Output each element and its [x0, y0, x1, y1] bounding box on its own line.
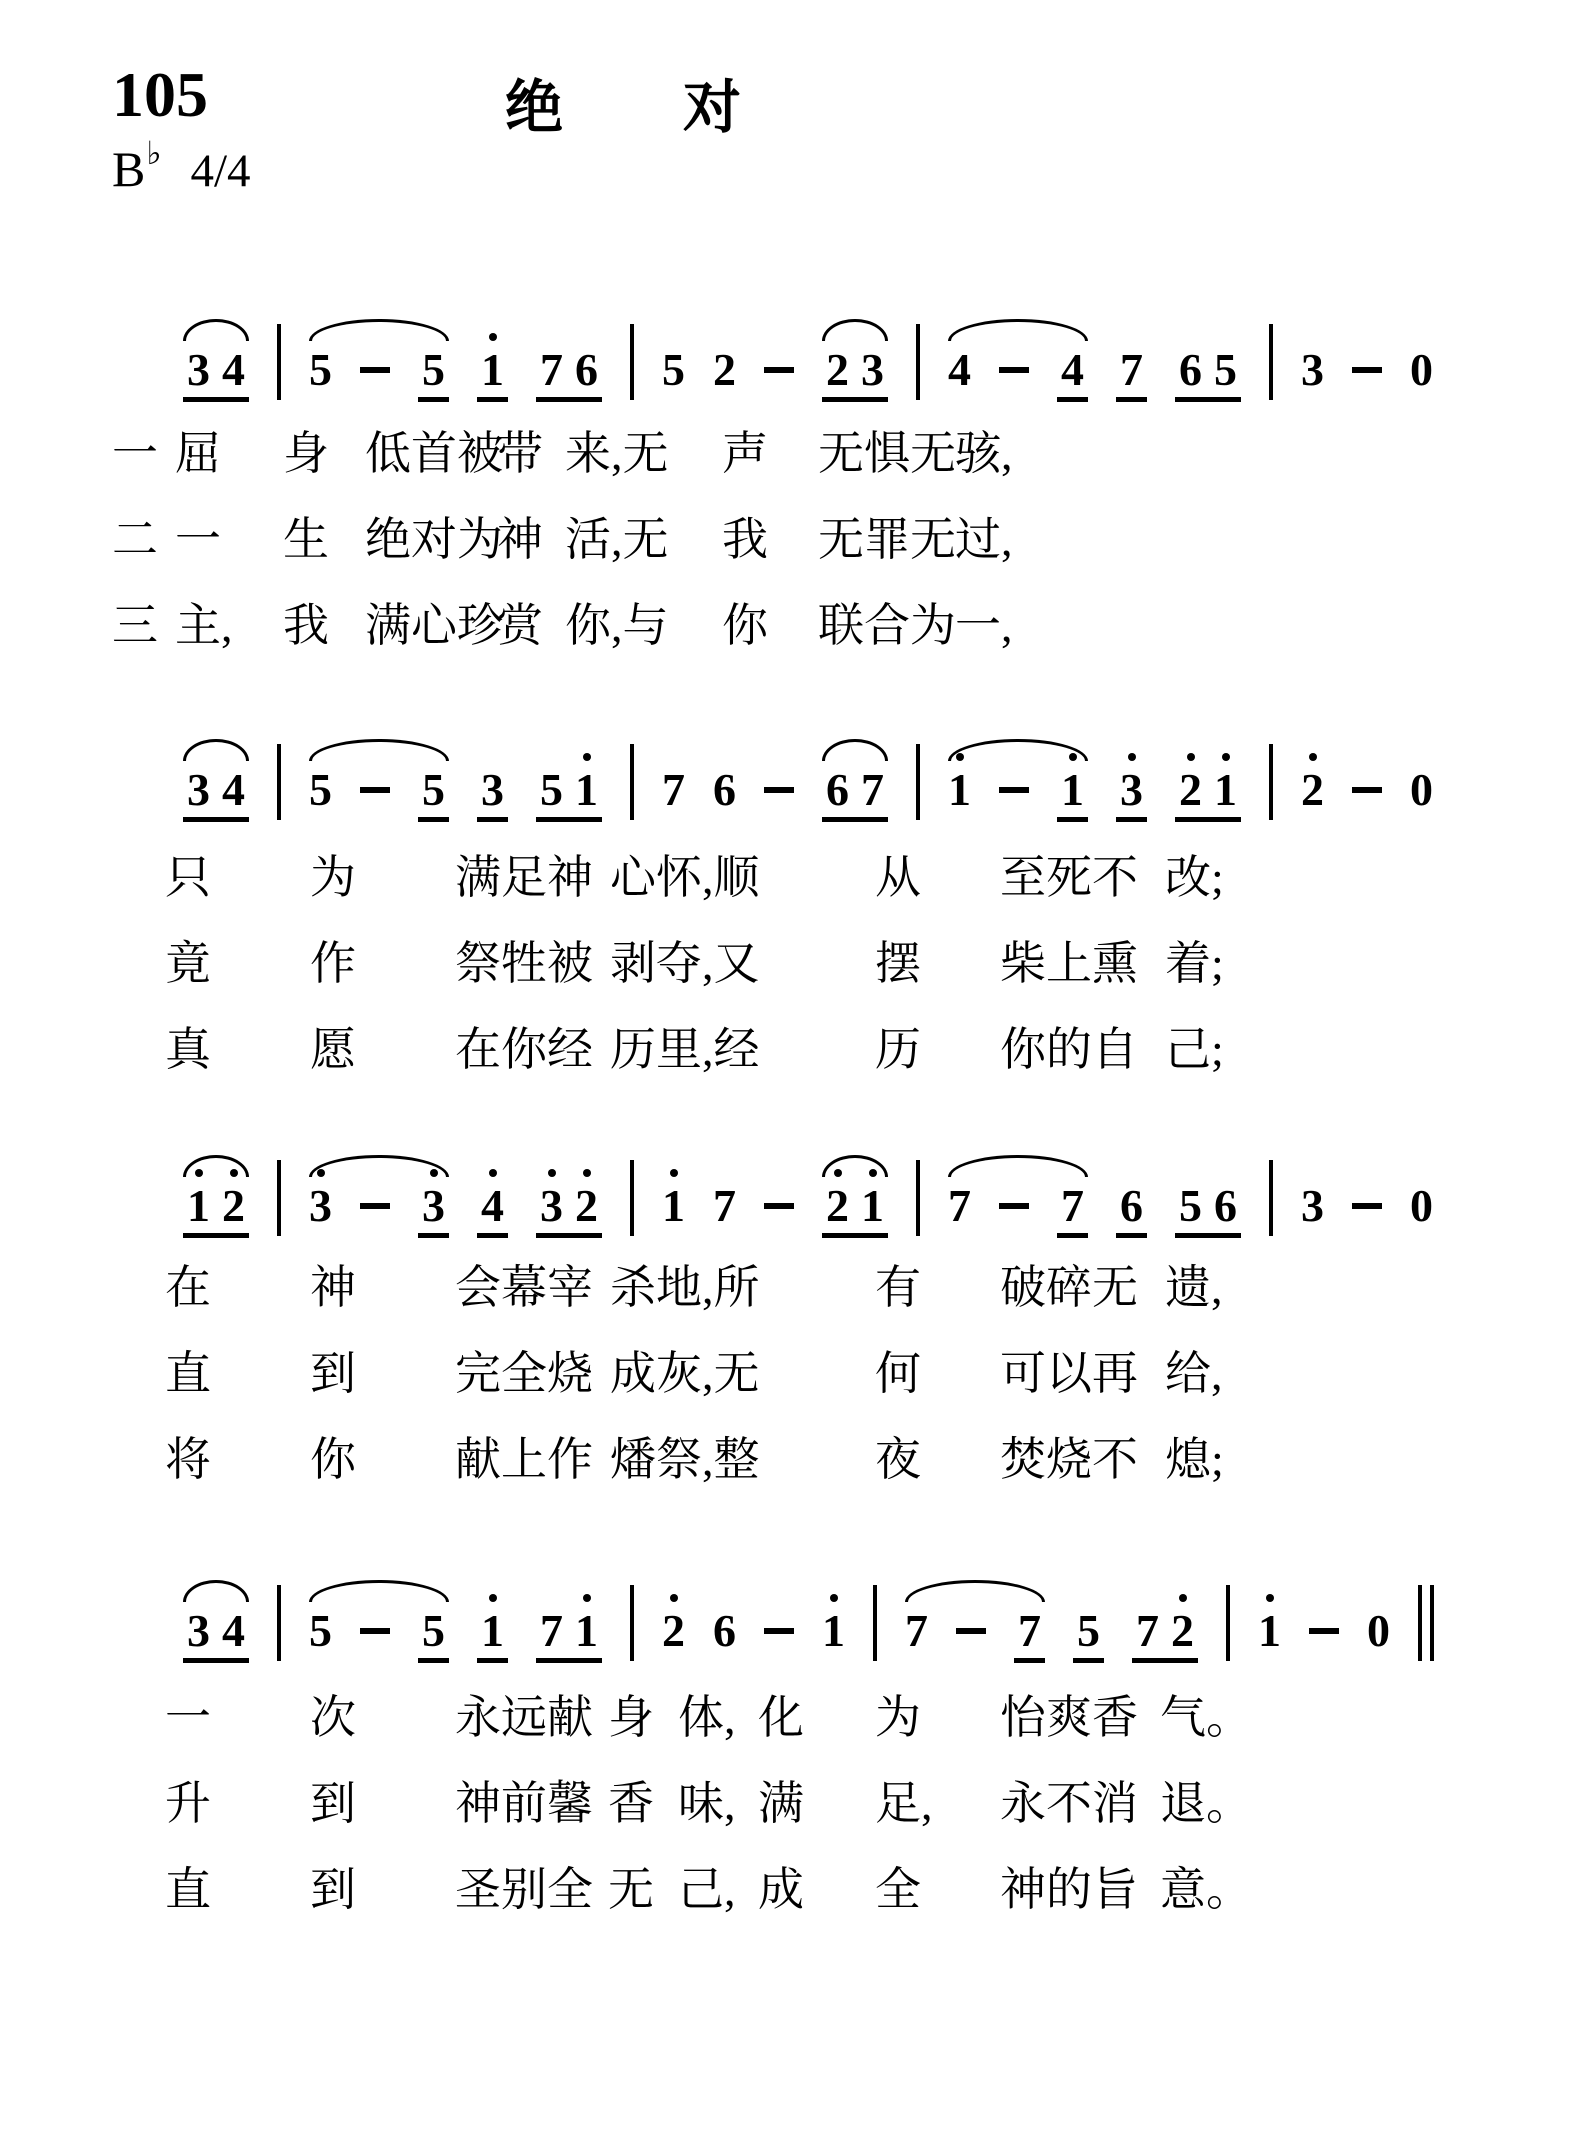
lyric-segment: 在 [165, 1262, 211, 1315]
note: 2 [826, 347, 849, 393]
verse-number: 三 [112, 600, 158, 653]
barline [916, 744, 920, 820]
note: 2 [662, 1608, 685, 1654]
barline [1226, 1585, 1230, 1661]
note: 1 [1061, 767, 1084, 813]
lyric-segment: 神前馨 [455, 1778, 593, 1831]
lyric-segment: 无罪无 [818, 514, 956, 567]
lyric-row: 直到圣别全无己,成全神的旨意。 [0, 1864, 1571, 1928]
note: 7 [1136, 1608, 1159, 1654]
beam-group: 56 [1175, 1183, 1241, 1238]
slur-group: 21 [822, 1183, 888, 1238]
beam-group: 71 [536, 1608, 602, 1663]
duration-dash [360, 367, 390, 373]
lyric-segment: 你 [310, 1434, 356, 1487]
lyric-row: 将你献上作燔祭,整夜焚烧不熄; [0, 1434, 1571, 1498]
note: 1 [822, 1608, 845, 1654]
beam-group: 34 [183, 1608, 249, 1663]
note: 1 [575, 767, 598, 813]
beam-group: 21 [822, 1183, 888, 1238]
slur-group: 12 [183, 1183, 249, 1238]
beam-group: 4 [477, 1183, 508, 1238]
beam-group: 51 [536, 767, 602, 822]
note: 3 [1120, 767, 1143, 813]
lyric-segment: 升 [165, 1778, 211, 1831]
beam-group: 23 [822, 347, 888, 402]
note: 1 [575, 1608, 598, 1654]
lyric-segment: 神 [310, 1262, 356, 1315]
barline [1269, 1160, 1273, 1236]
beam-group: 5 [418, 767, 449, 822]
lyric-segment: 为 [875, 1692, 921, 1745]
lyric-segment: 杀地,所 [610, 1262, 760, 1315]
music-line: 123343217217765630 [183, 1128, 1433, 1238]
lyric-segment: 给, [1165, 1348, 1223, 1401]
lyric-segment: 满 [758, 1778, 804, 1831]
music-line: 34551712617757210 [183, 1553, 1434, 1663]
note: 4 [481, 1183, 504, 1229]
lyric-segment: 屈 [175, 428, 221, 481]
lyric-segment: 可以再 [1000, 1348, 1138, 1401]
lyric-segment: 永不消 [1000, 1778, 1138, 1831]
lyric-segment: 何 [875, 1348, 921, 1401]
lyric-row: 在神会幕宰杀地,所有破碎无遗, [0, 1262, 1571, 1326]
slur-group: 55 [309, 347, 449, 402]
lyric-segment: 到 [310, 1348, 356, 1401]
duration-dash [764, 1628, 794, 1634]
lyric-row: 竟作祭牲被剥夺,又摆柴上熏着; [0, 938, 1571, 1002]
lyric-segment: 满心珍 [365, 600, 503, 653]
note: 6 [575, 347, 598, 393]
note: 2 [713, 347, 736, 393]
lyric-segment: 化 [758, 1692, 804, 1745]
lyric-row: 直到完全烧成灰,无何可以再给, [0, 1348, 1571, 1412]
note: 6 [1120, 1183, 1143, 1229]
lyric-row: 三主,我满心珍赏你,与你联合为一, [0, 600, 1571, 664]
lyric-segment: 来,无 [565, 428, 669, 481]
lyric-segment: 绝对为 [365, 514, 503, 567]
beam-group: 3 [418, 1183, 449, 1238]
note: 7 [540, 1608, 563, 1654]
note: 7 [905, 1608, 928, 1654]
lyric-segment: 味, [678, 1778, 736, 1831]
beam-group: 7 [1057, 1183, 1088, 1238]
duration-dash [764, 787, 794, 793]
note: 7 [1120, 347, 1143, 393]
beam-group: 65 [1175, 347, 1241, 402]
lyric-segment: 带 [497, 428, 543, 481]
lyric-segment: 永远献 [455, 1692, 593, 1745]
slur-group: 11 [948, 767, 1088, 822]
barline [277, 324, 281, 400]
beam-group: 32 [536, 1183, 602, 1238]
rest-note: 0 [1410, 767, 1433, 813]
lyric-segment: 摆 [875, 938, 921, 991]
lyric-segment: 生 [283, 514, 329, 567]
beam-group: 12 [183, 1183, 249, 1238]
barline [1269, 744, 1273, 820]
note: 1 [481, 1608, 504, 1654]
note: 6 [713, 767, 736, 813]
slur-group: 67 [822, 767, 888, 822]
lyric-segment: 将 [165, 1434, 211, 1487]
lyric-segment: 会幕宰 [455, 1262, 593, 1315]
slur-group: 55 [309, 767, 449, 822]
note: 5 [1214, 347, 1237, 393]
lyric-segment: 为 [310, 852, 356, 905]
duration-dash [1352, 1203, 1382, 1209]
lyric-segment: 无惧无 [818, 428, 956, 481]
note: 1 [187, 1183, 210, 1229]
note: 1 [861, 1183, 884, 1229]
barline [277, 1585, 281, 1661]
lyric-row: 只为满足神心怀,顺从至死不改; [0, 852, 1571, 916]
slur-group: 34 [183, 767, 249, 822]
duration-dash [1352, 367, 1382, 373]
lyric-segment: 只 [165, 852, 211, 905]
final-barline [1418, 1585, 1434, 1661]
note: 5 [309, 1608, 332, 1654]
lyric-segment: 夜 [875, 1434, 921, 1487]
lyric-row: 二一生绝对为神活,无我无罪无过, [0, 514, 1571, 578]
lyric-segment: 改; [1165, 852, 1224, 905]
duration-dash [956, 1628, 986, 1634]
note: 4 [1061, 347, 1084, 393]
beam-group: 7 [1116, 347, 1147, 402]
note: 7 [861, 767, 884, 813]
lyric-segment: 退。 [1160, 1778, 1252, 1831]
beam-group: 34 [183, 767, 249, 822]
note: 2 [826, 1183, 849, 1229]
beam-group: 76 [536, 347, 602, 402]
final-barline-stroke [1430, 1585, 1434, 1661]
lyric-segment: 在你经 [455, 1024, 593, 1077]
note: 3 [1301, 1183, 1324, 1229]
note: 7 [540, 347, 563, 393]
verse-number: 一 [112, 428, 158, 481]
key-note: B [112, 141, 145, 197]
slur-group: 77 [905, 1608, 1045, 1663]
duration-dash [999, 367, 1029, 373]
note: 1 [481, 347, 504, 393]
note: 7 [713, 1183, 736, 1229]
lyric-segment: 联合为 [818, 600, 956, 653]
lyric-segment: 直 [165, 1348, 211, 1401]
lyric-segment: 无 [608, 1864, 654, 1917]
rest-note: 0 [1367, 1608, 1390, 1654]
barline [630, 1160, 634, 1236]
note: 5 [540, 767, 563, 813]
note: 6 [1214, 1183, 1237, 1229]
beam-group: 67 [822, 767, 888, 822]
hymn-title: 绝对 [505, 60, 861, 144]
duration-dash [1352, 787, 1382, 793]
barline [1269, 324, 1273, 400]
note: 1 [662, 1183, 685, 1229]
note: 1 [1258, 1608, 1281, 1654]
lyric-segment: 完全烧 [455, 1348, 593, 1401]
note: 5 [1179, 1183, 1202, 1229]
barline [277, 1160, 281, 1236]
rest-note: 0 [1410, 1183, 1433, 1229]
lyric-segment: 到 [310, 1864, 356, 1917]
lyric-segment: 至死不 [1000, 852, 1138, 905]
lyric-segment: 作 [310, 938, 356, 991]
lyric-row: 一次永远献身体,化为怡爽香气。 [0, 1692, 1571, 1756]
barline [916, 1160, 920, 1236]
beam-group: 1 [477, 347, 508, 402]
note: 4 [222, 767, 245, 813]
lyric-segment: 柴上熏 [1000, 938, 1138, 991]
lyric-segment: 燔祭,整 [610, 1434, 760, 1487]
beam-group: 3 [477, 767, 508, 822]
verse-number: 二 [112, 514, 158, 567]
lyric-segment: 破碎无 [1000, 1262, 1138, 1315]
beam-group: 5 [418, 1608, 449, 1663]
music-line: 345535176671132120 [183, 712, 1433, 822]
barline [630, 1585, 634, 1661]
rest-note: 0 [1410, 347, 1433, 393]
lyric-segment: 全 [875, 1864, 921, 1917]
slur-group: 33 [309, 1183, 449, 1238]
lyric-segment: 遗, [1165, 1262, 1223, 1315]
lyric-segment: 直 [165, 1864, 211, 1917]
note: 7 [948, 1183, 971, 1229]
duration-dash [999, 787, 1029, 793]
note: 6 [713, 1608, 736, 1654]
note: 2 [575, 1183, 598, 1229]
lyric-segment: 祭牲被 [455, 938, 593, 991]
beam-group: 7 [1014, 1608, 1045, 1663]
lyric-segment: 着; [1165, 938, 1224, 991]
duration-dash [360, 787, 390, 793]
note: 7 [1018, 1608, 1041, 1654]
note: 2 [222, 1183, 245, 1229]
lyric-segment: 心怀,顺 [610, 852, 760, 905]
lyric-segment: 一, [955, 600, 1013, 653]
lyric-segment: 成 [758, 1864, 804, 1917]
beam-group: 5 [418, 347, 449, 402]
note: 5 [422, 767, 445, 813]
lyric-segment: 有 [875, 1262, 921, 1315]
slur-group: 55 [309, 1608, 449, 1663]
lyric-segment: 一 [175, 514, 221, 567]
lyric-segment: 体, [678, 1692, 736, 1745]
beam-group: 72 [1132, 1608, 1198, 1663]
note: 4 [948, 347, 971, 393]
barline [916, 324, 920, 400]
lyric-segment: 骇, [955, 428, 1013, 481]
barline [630, 744, 634, 820]
slur-group: 23 [822, 347, 888, 402]
lyric-row: 一屈身低首被带来,无声无惧无骇, [0, 428, 1571, 492]
slur-group: 34 [183, 1608, 249, 1663]
lyric-segment: 真 [165, 1024, 211, 1077]
key-signature: B♭4/4 [112, 140, 251, 198]
music-line: 345517652234476530 [183, 292, 1433, 402]
lyric-segment: 到 [310, 1778, 356, 1831]
lyric-segment: 足, [875, 1778, 933, 1831]
note: 3 [187, 767, 210, 813]
lyric-segment: 气。 [1160, 1692, 1252, 1745]
lyric-segment: 献上作 [455, 1434, 593, 1487]
lyric-segment: 神 [497, 514, 543, 567]
note: 4 [222, 347, 245, 393]
lyric-segment: 成灰,无 [610, 1348, 760, 1401]
lyric-segment: 意。 [1160, 1864, 1252, 1917]
duration-dash [360, 1203, 390, 1209]
score-page: 105 绝对 B♭4/4 345517652234476530345535176… [0, 0, 1571, 2138]
lyric-segment: 竟 [165, 938, 211, 991]
lyric-segment: 圣别全 [455, 1864, 593, 1917]
lyric-segment: 你 [722, 600, 768, 653]
lyric-segment: 主, [175, 600, 233, 653]
lyric-segment: 赏 [497, 600, 543, 653]
note: 1 [1214, 767, 1237, 813]
duration-dash [1309, 1628, 1339, 1634]
note: 3 [309, 1183, 332, 1229]
lyric-segment: 低首被 [365, 428, 503, 481]
note: 7 [662, 767, 685, 813]
lyric-segment: 剥夺,又 [610, 938, 760, 991]
beam-group: 3 [1116, 767, 1147, 822]
lyric-segment: 我 [722, 514, 768, 567]
note: 2 [1179, 767, 1202, 813]
note: 4 [222, 1608, 245, 1654]
lyric-segment: 你的自 [1000, 1024, 1138, 1077]
note: 5 [662, 347, 685, 393]
note: 3 [540, 1183, 563, 1229]
lyric-segment: 神的旨 [1000, 1864, 1138, 1917]
lyric-segment: 过, [955, 514, 1013, 567]
barline [277, 744, 281, 820]
beam-group: 21 [1175, 767, 1241, 822]
lyric-segment: 愿 [310, 1024, 356, 1077]
duration-dash [764, 1203, 794, 1209]
duration-dash [999, 1203, 1029, 1209]
slur-group: 44 [948, 347, 1088, 402]
beam-group: 6 [1116, 1183, 1147, 1238]
barline [630, 324, 634, 400]
note: 6 [1179, 347, 1202, 393]
beam-group: 4 [1057, 347, 1088, 402]
note: 5 [309, 767, 332, 813]
lyric-segment: 从 [875, 852, 921, 905]
beam-group: 34 [183, 347, 249, 402]
lyric-segment: 活,无 [565, 514, 669, 567]
note: 5 [422, 1608, 445, 1654]
barline [873, 1585, 877, 1661]
duration-dash [764, 367, 794, 373]
lyric-segment: 香 [608, 1778, 654, 1831]
slur-group: 34 [183, 347, 249, 402]
lyric-segment: 历 [875, 1024, 921, 1077]
note: 2 [1171, 1608, 1194, 1654]
beam-group: 1 [1057, 767, 1088, 822]
lyric-segment: 次 [310, 1692, 356, 1745]
lyric-segment: 熄; [1165, 1434, 1224, 1487]
lyric-segment: 声 [722, 428, 768, 481]
lyric-row: 升到神前馨香味,满足,永不消退。 [0, 1778, 1571, 1842]
note: 6 [826, 767, 849, 813]
note: 3 [187, 347, 210, 393]
hymn-number: 105 [112, 58, 208, 132]
final-barline-stroke [1418, 1585, 1422, 1661]
lyric-segment: 一 [165, 1692, 211, 1745]
beam-group: 1 [477, 1608, 508, 1663]
lyric-segment: 我 [283, 600, 329, 653]
note: 5 [1077, 1608, 1100, 1654]
note: 3 [861, 347, 884, 393]
note: 5 [309, 347, 332, 393]
lyric-segment: 己; [1165, 1024, 1224, 1077]
duration-dash [360, 1628, 390, 1634]
note: 7 [1061, 1183, 1084, 1229]
note: 3 [481, 767, 504, 813]
lyric-segment: 历里,经 [610, 1024, 760, 1077]
note: 3 [1301, 347, 1324, 393]
note: 1 [948, 767, 971, 813]
slur-group: 77 [948, 1183, 1088, 1238]
lyric-segment: 你,与 [565, 600, 669, 653]
beam-group: 5 [1073, 1608, 1104, 1663]
note: 2 [1301, 767, 1324, 813]
lyric-segment: 身 [283, 428, 329, 481]
note: 3 [422, 1183, 445, 1229]
lyric-segment: 焚烧不 [1000, 1434, 1138, 1487]
lyric-segment: 身 [608, 1692, 654, 1745]
time-signature: 4/4 [190, 145, 250, 197]
flat-icon: ♭ [146, 135, 161, 171]
note: 5 [422, 347, 445, 393]
lyric-segment: 己, [678, 1864, 736, 1917]
note: 3 [187, 1608, 210, 1654]
lyric-segment: 怡爽香 [1000, 1692, 1138, 1745]
lyric-row: 真愿在你经历里,经历你的自己; [0, 1024, 1571, 1088]
lyric-segment: 满足神 [455, 852, 593, 905]
